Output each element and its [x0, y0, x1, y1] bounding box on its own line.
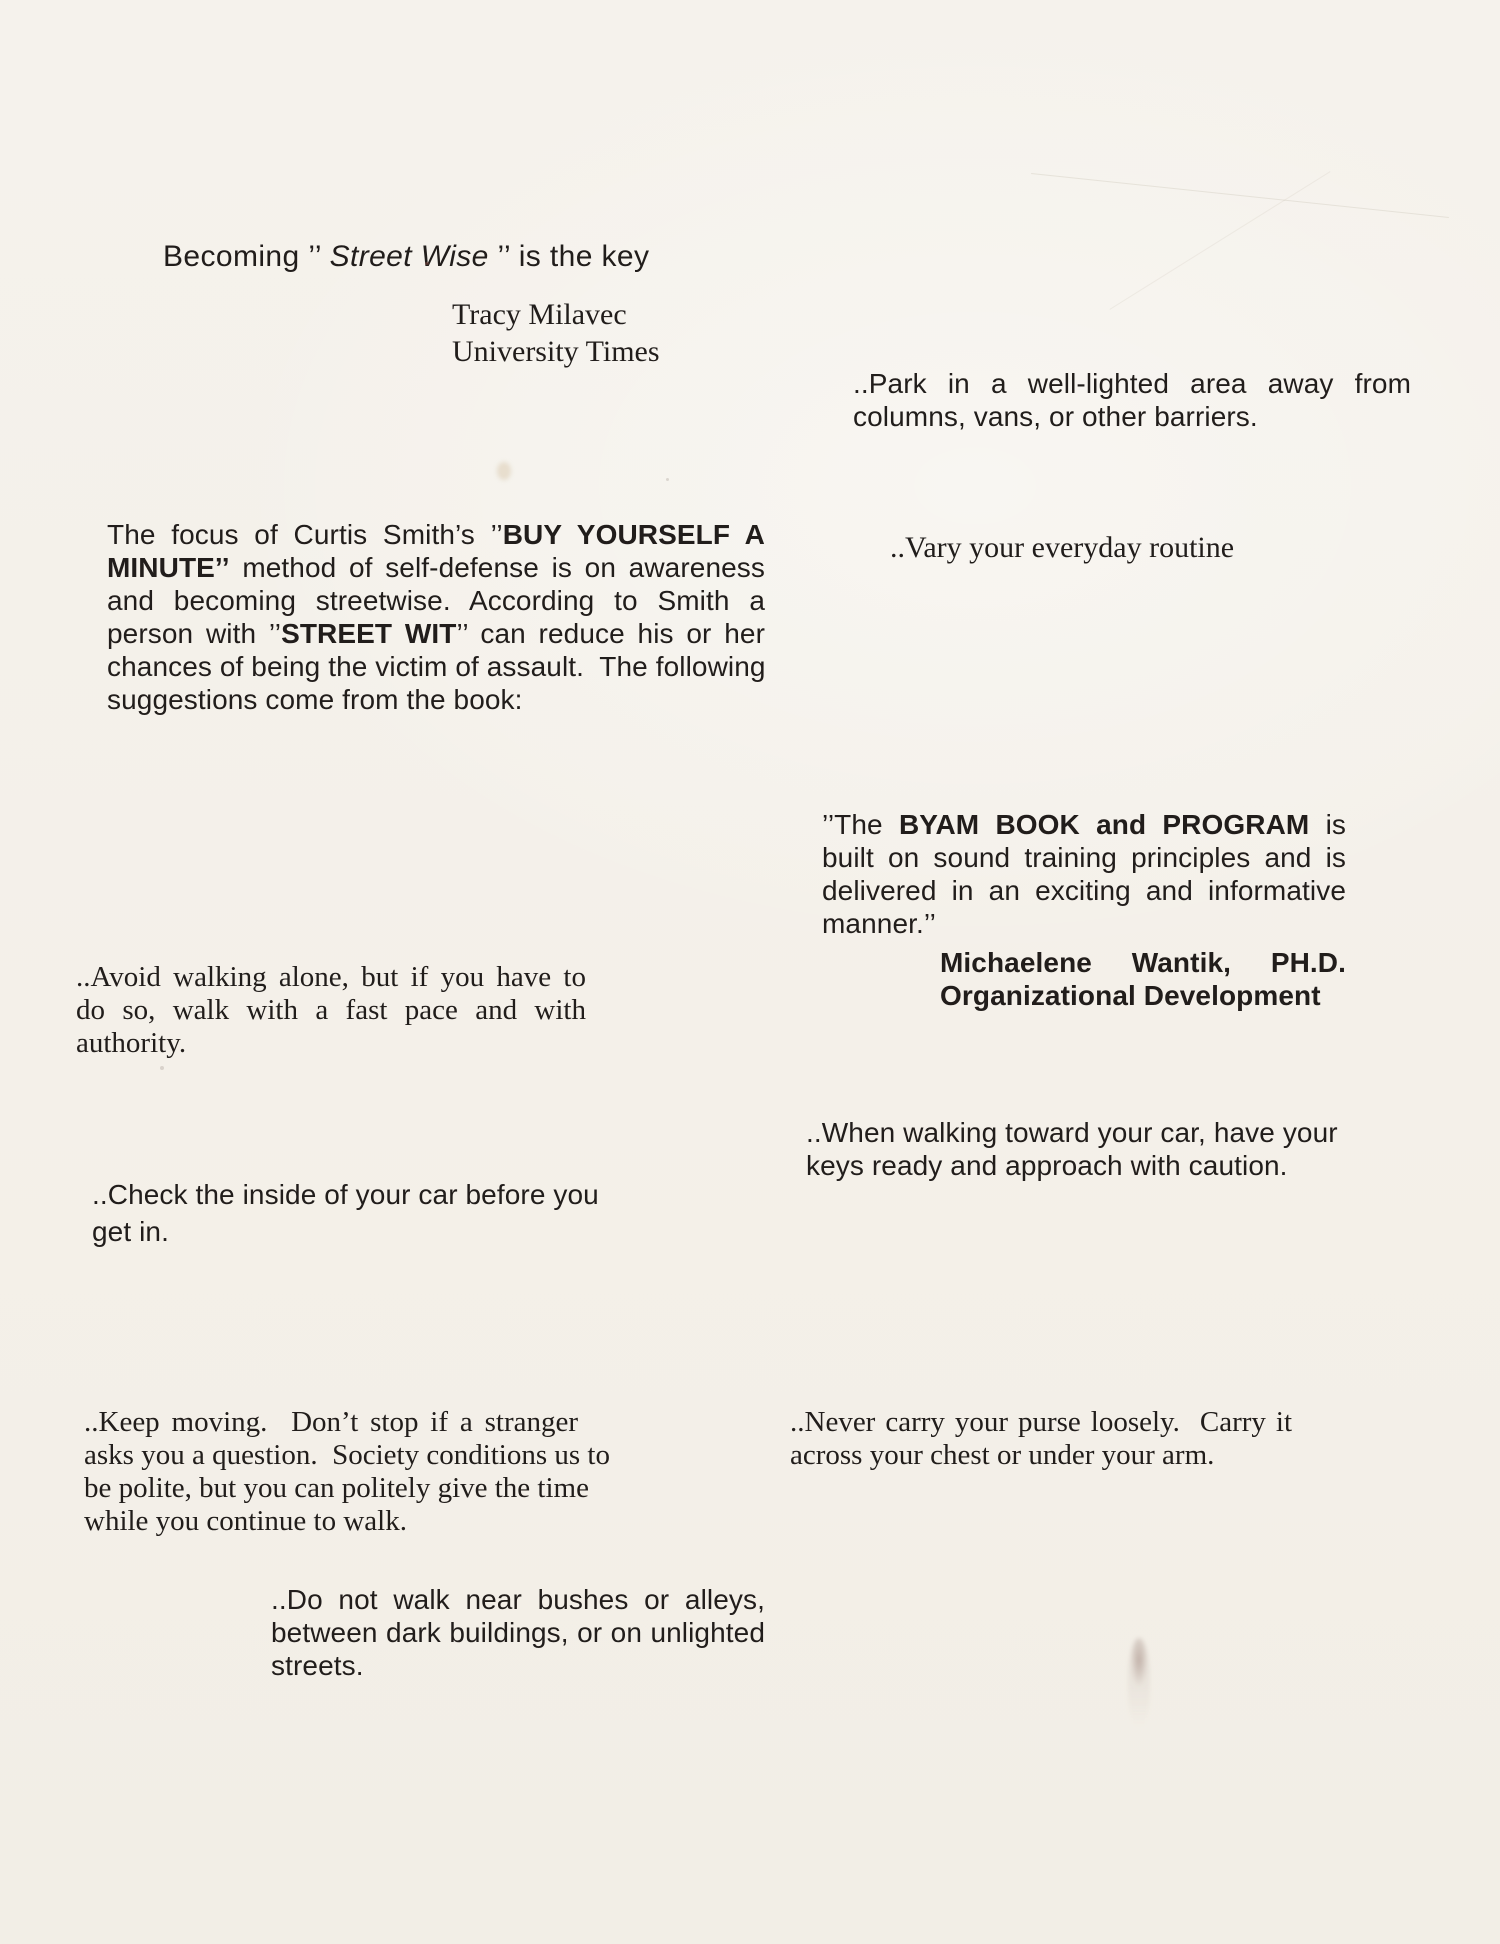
text-segment: ’’ is the key: [489, 240, 650, 273]
tip-keys-ready: ..When walking toward your car, have you…: [806, 1116, 1284, 1182]
text-segment: method of self-defense is on awareness: [230, 552, 765, 583]
tip-carry-purse: ..Never carry your purse loosely. Carry …: [790, 1406, 1292, 1472]
text-line: built on sound training principles and i…: [822, 841, 1346, 874]
text-line: Tracy Milavec: [452, 296, 660, 333]
text-line: ..Never carry your purse loosely. Carry …: [790, 1406, 1292, 1439]
bold-text: BYAM BOOK and PROGRAM: [899, 809, 1309, 840]
text-line: ..When walking toward your car, have you…: [806, 1116, 1284, 1149]
text-line: ..Keep moving. Don’t stop if a stranger: [84, 1406, 578, 1439]
italic-text: Street Wise: [330, 240, 489, 273]
text-line: ..Vary your everyday routine: [890, 531, 1234, 564]
tip-avoid-walking-alone: ..Avoid walking alone, but if you have t…: [76, 961, 586, 1060]
text-line: do so, walk with a fast pace and with: [76, 994, 586, 1027]
text-line: MINUTE’’ method of self-defense is on aw…: [107, 551, 765, 584]
bold-text: STREET WIT: [281, 618, 456, 649]
text-segment: Becoming ’’: [163, 240, 330, 273]
text-line: delivered in an exciting and informative: [822, 874, 1346, 907]
bold-text: MINUTE’’: [107, 552, 230, 583]
attribution-line: Michaelene Wantik, PH.D.: [940, 946, 1346, 979]
tip-park-well-lighted: ..Park in a well-lighted area away fromc…: [853, 367, 1411, 433]
text-line: get in.: [92, 1213, 582, 1250]
article-title: Becoming ’’ Street Wise ’’ is the key: [163, 240, 649, 273]
text-line: University Times: [452, 333, 660, 370]
text-line: ..Do not walk near bushes or alleys,: [271, 1583, 765, 1616]
scan-crease: [1031, 173, 1449, 218]
text-line: between dark buildings, or on unlighted: [271, 1616, 765, 1649]
bold-text: BUY YOURSELF A: [503, 519, 765, 550]
tip-vary-routine: ..Vary your everyday routine: [890, 531, 1234, 564]
text-line: be polite, but you can politely give the…: [84, 1472, 578, 1505]
text-line: manner.’’: [822, 907, 1346, 940]
text-segment: ’’The: [822, 809, 899, 840]
scan-smudge: [1128, 1638, 1150, 1728]
text-segment: ’’ can reduce his or her: [457, 618, 766, 649]
text-line: person with ’’STREET WIT’’ can reduce hi…: [107, 617, 765, 650]
text-line: chances of being the victim of assault. …: [107, 650, 765, 683]
text-line: authority.: [76, 1027, 586, 1060]
text-line: ..Park in a well-lighted area away from: [853, 367, 1411, 400]
scan-speck: [666, 478, 669, 481]
attribution-line: Organizational Development: [940, 979, 1346, 1012]
scan-speck: [160, 1066, 164, 1070]
testimonial-attribution: Michaelene Wantik, PH.D.Organizational D…: [822, 946, 1346, 1012]
byline: Tracy MilavecUniversity Times: [452, 296, 660, 370]
text-segment: The focus of Curtis Smith’s ’’: [107, 519, 503, 550]
text-line: ..Check the inside of your car before yo…: [92, 1176, 582, 1213]
testimonial-quote: ’’The BYAM BOOK and PROGRAM isbuilt on s…: [822, 808, 1346, 1012]
tip-check-car: ..Check the inside of your car before yo…: [92, 1176, 582, 1250]
text-line: across your chest or under your arm.: [790, 1439, 1292, 1472]
text-segment: person with ’’: [107, 618, 281, 649]
text-line: Becoming ’’ Street Wise ’’ is the key: [163, 240, 649, 273]
text-line: keys ready and approach with caution.: [806, 1149, 1284, 1182]
text-line: The focus of Curtis Smith’s ’’BUY YOURSE…: [107, 518, 765, 551]
text-segment: is: [1309, 809, 1346, 840]
text-line: while you continue to walk.: [84, 1505, 578, 1538]
scanned-page: { "colors": { "paper": "#f4f1ea", "ink":…: [0, 0, 1500, 1944]
tip-avoid-dark-areas: ..Do not walk near bushes or alleys,betw…: [271, 1583, 765, 1682]
scan-crease: [1109, 171, 1330, 310]
intro-paragraph: The focus of Curtis Smith’s ’’BUY YOURSE…: [107, 518, 765, 716]
text-line: suggestions come from the book:: [107, 683, 765, 716]
text-line: asks you a question. Society conditions …: [84, 1439, 578, 1472]
text-line: and becoming streetwise. According to Sm…: [107, 584, 765, 617]
text-line: ..Avoid walking alone, but if you have t…: [76, 961, 586, 994]
tip-keep-moving: ..Keep moving. Don’t stop if a strangera…: [84, 1406, 578, 1538]
text-line: ’’The BYAM BOOK and PROGRAM is: [822, 808, 1346, 841]
text-line: columns, vans, or other barriers.: [853, 400, 1411, 433]
text-line: streets.: [271, 1649, 765, 1682]
scan-speck: [497, 462, 511, 480]
